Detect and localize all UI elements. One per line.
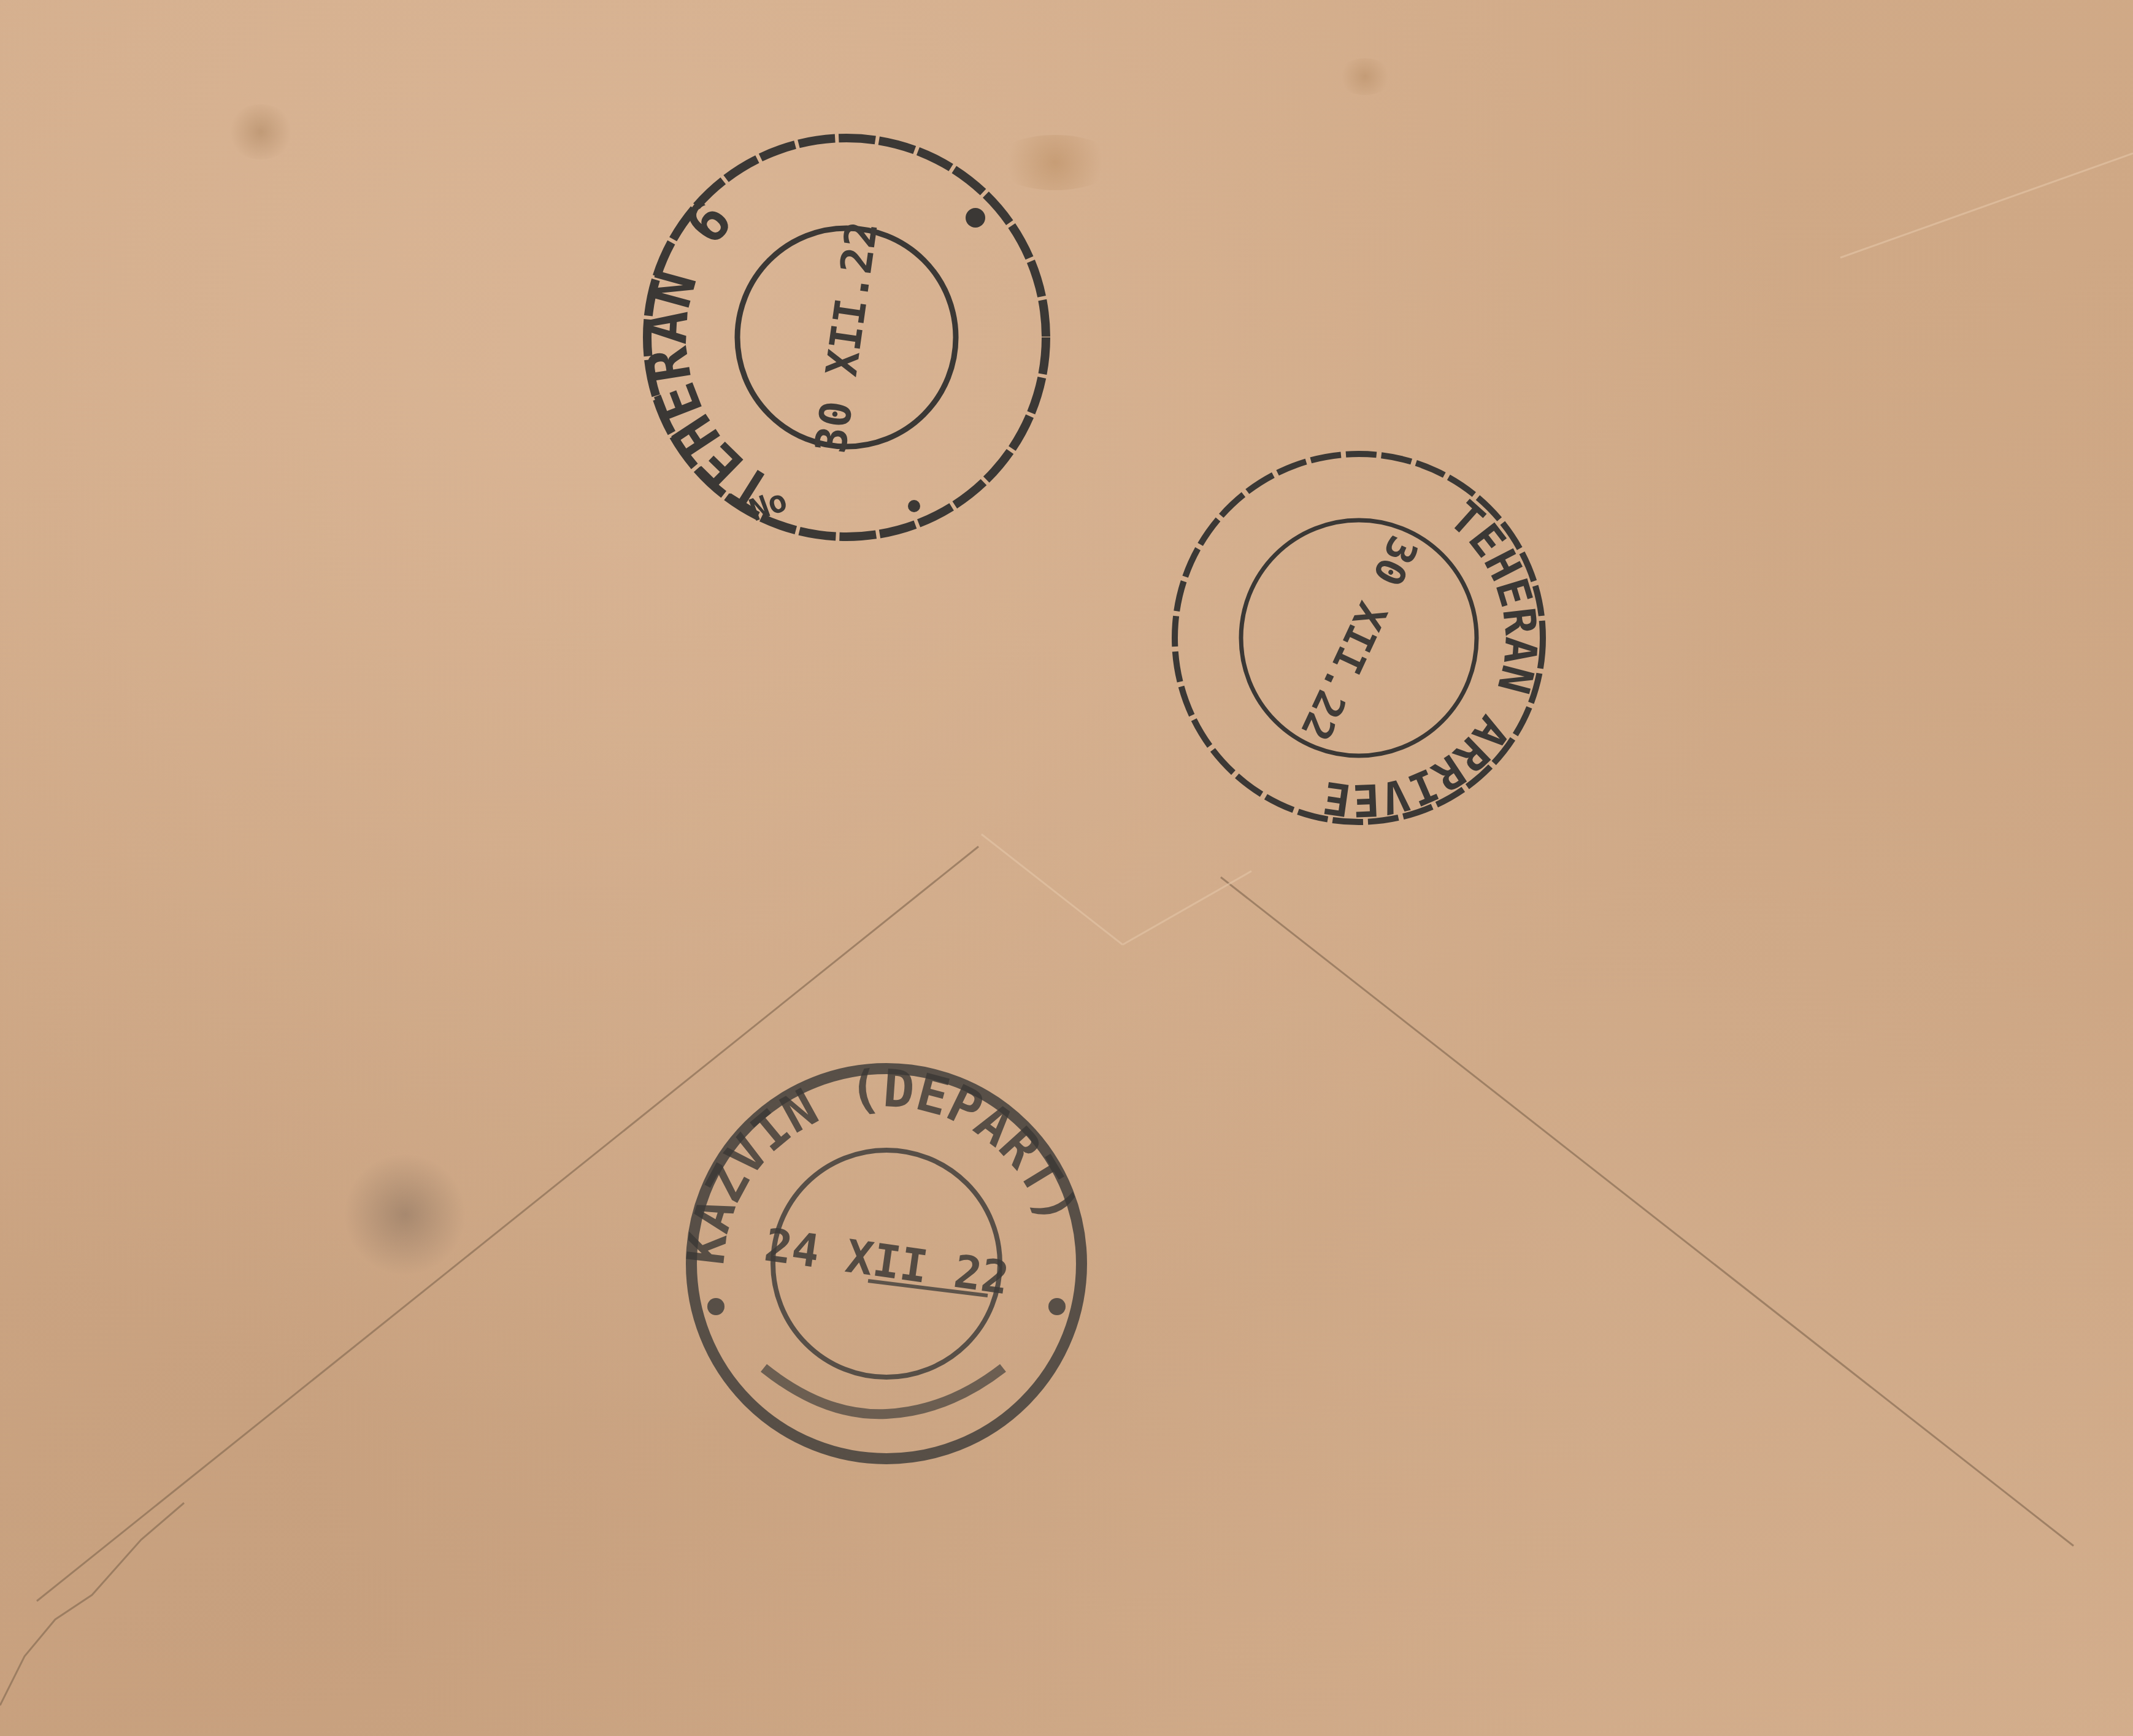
postmark-kazvin-depart: KAZVIN (DEPART) 24 XII 22 — [675, 1052, 1098, 1475]
star-ornament-icon — [707, 1298, 724, 1315]
envelope-back: TEHERAN 6 30 XII.22 No TEHERAN ARRIVEE 3… — [0, 0, 2133, 1736]
postmark-teheran-arrivee: TEHERAN ARRIVEE 30 XII.22 — [1163, 442, 1555, 834]
postmark-date: 30 XII.22 — [1291, 529, 1427, 748]
star-ornament-icon — [966, 208, 985, 228]
postmark-teheran-6: TEHERAN 6 30 XII.22 No — [632, 123, 1061, 552]
postmark-date: 30 XII.22 — [805, 218, 888, 456]
star-ornament-icon — [908, 500, 920, 512]
flap-lines — [0, 0, 2133, 1736]
star-ornament-icon — [1048, 1298, 1066, 1315]
